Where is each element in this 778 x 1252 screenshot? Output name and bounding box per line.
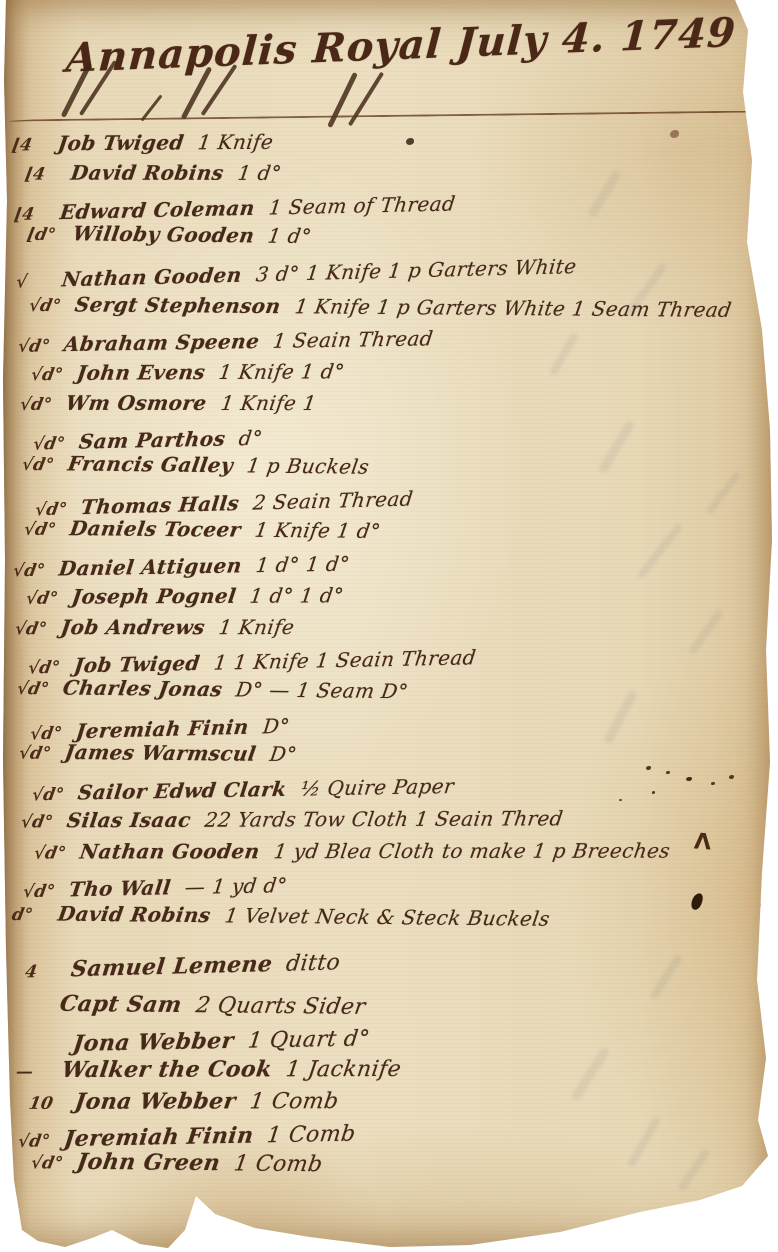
ledger-entry: √d° Charles Jonas D° — 1 Seam D° bbox=[17, 677, 752, 707]
ledger-entry: √d° Abraham Speene 1 Seain Thread bbox=[18, 323, 752, 357]
entry-items: D° bbox=[262, 716, 291, 737]
entry-name: Edward Coleman bbox=[59, 198, 256, 222]
entry-check-mark: √d° bbox=[19, 812, 68, 832]
entry-check-mark: √d° bbox=[18, 395, 68, 415]
ledger-entry: ⌊4 David Robins 1 d° bbox=[25, 163, 752, 186]
entry-check-mark: √d° bbox=[15, 679, 65, 699]
entry-items: ½ Quire Paper bbox=[299, 776, 454, 799]
entry-name: David Robins bbox=[70, 163, 225, 183]
entry-items: 2 Quarts Sider bbox=[194, 996, 366, 1018]
entry-name: Samuel Lemene bbox=[70, 954, 274, 979]
entry-items: 1 Knife bbox=[197, 132, 275, 153]
entry-name: Sailor Edwd Clark bbox=[77, 779, 288, 803]
entry-name: Nathan Gooden bbox=[61, 265, 243, 290]
ledger-entry: ⌊4 Job Twiged 1 Knife bbox=[12, 128, 752, 155]
header-underline bbox=[8, 107, 764, 121]
entry-check-mark: ⌊d° bbox=[25, 225, 75, 245]
entry-name: Nathan Gooden bbox=[79, 841, 261, 861]
entry-check-mark: √ bbox=[15, 271, 64, 292]
rust-stain bbox=[760, 900, 768, 909]
entry-name: Wm Osmore bbox=[65, 393, 208, 413]
entry-check-mark: √d° bbox=[29, 1153, 79, 1173]
entry-name: Capt Sam bbox=[59, 994, 184, 1015]
entry-name: Francis Galley bbox=[67, 453, 235, 475]
ledger-entry: √d° Francis Galley 1 p Buckels bbox=[22, 453, 752, 483]
caret-mark: Λ bbox=[693, 829, 712, 855]
entry-items: 1 d° bbox=[267, 226, 314, 246]
ledger-entry: √d° John Evens 1 Knife 1 d° bbox=[31, 359, 752, 385]
entry-items: — 1 yd d° bbox=[184, 875, 289, 897]
entry-items: 1 Comb bbox=[248, 1092, 339, 1112]
entry-name: John Green bbox=[76, 1152, 222, 1173]
entry-items: 1 Comb bbox=[233, 1154, 324, 1175]
ledger-entry: √d° Job Twiged 1 1 Knife 1 Seain Thread bbox=[28, 642, 752, 679]
ledger-entry: 4 Samuel Lemene ditto bbox=[25, 941, 752, 982]
scanned-document: Annapolis Royal July 4. 1749 ⌊4 Job Twig… bbox=[0, 0, 778, 1252]
entry-items: 1 p Buckels bbox=[246, 455, 371, 476]
ledger-entry: √d° Nathan Gooden 1 yd Blea Cloth to mak… bbox=[34, 840, 752, 863]
entry-items: 1 d° 1 d° bbox=[249, 585, 345, 605]
entry-items: 22 Yards Tow Cloth 1 Seain Thred bbox=[204, 808, 565, 829]
entry-items: 1 Knife 1 p Garters White 1 Seam Thread bbox=[293, 296, 732, 320]
ledger-entry: Capt Sam 2 Quarts Sider bbox=[14, 993, 752, 1021]
ledger-entry: √d° Thomas Halls 2 Seain Thread bbox=[35, 480, 752, 521]
ledger-entry: √d° Job Andrews 1 Knife bbox=[15, 617, 752, 639]
ledger-entry: ⌊d° Willoby Gooden 1 d° bbox=[27, 223, 752, 253]
entry-items: 1 Comb bbox=[266, 1125, 357, 1147]
entry-check-mark: √d° bbox=[22, 520, 72, 540]
entry-check-mark: — bbox=[14, 1062, 63, 1082]
entry-name: Daniels Toceer bbox=[69, 518, 243, 540]
ledger-entry: — Walker the Cook 1 Jacknife bbox=[16, 1058, 752, 1082]
entry-check-mark: ⌊4 bbox=[23, 165, 73, 185]
entry-check-mark: √d° bbox=[24, 589, 73, 609]
entry-name: Tho Wall bbox=[68, 877, 172, 899]
ledger-entry: √d° John Green 1 Comb bbox=[31, 1151, 752, 1180]
entry-name: Jona Webber bbox=[74, 1091, 237, 1111]
ledger-entry: √d° Jeremiah Finin D° bbox=[30, 704, 752, 745]
entry-name: Job Twiged bbox=[73, 653, 201, 676]
entry-name: Job Twiged bbox=[57, 132, 186, 153]
entry-check-mark: √d° bbox=[16, 336, 65, 357]
entry-check-mark bbox=[27, 1051, 73, 1052]
entry-name: Charles Jonas bbox=[62, 677, 224, 699]
paper-sheet: Annapolis Royal July 4. 1749 ⌊4 Job Twig… bbox=[0, 0, 778, 1252]
entry-name: Joseph Pognel bbox=[71, 586, 238, 607]
entry-items: 1 Knife 1 d° bbox=[253, 520, 382, 541]
entry-items: D° — 1 Seam D° bbox=[235, 679, 410, 701]
entry-items: 1 d° bbox=[236, 163, 282, 183]
entry-name: John Evens bbox=[76, 362, 207, 383]
entry-items: 1 Quart d° bbox=[246, 1029, 370, 1051]
ledger-entry: √d° Tho Wall — 1 yd d° bbox=[23, 866, 752, 902]
entry-check-mark: √d° bbox=[22, 881, 71, 902]
entry-name: Silas Isaac bbox=[66, 810, 193, 831]
entry-check-mark: 4 bbox=[24, 961, 73, 982]
entry-items: 1 yd Blea Cloth to make 1 p Breeches bbox=[272, 841, 671, 862]
entry-check-mark: √d° bbox=[17, 743, 67, 763]
entry-items: 1 d° 1 d° bbox=[255, 554, 351, 576]
entry-name: Sam Parthos bbox=[78, 429, 227, 452]
page-title: Annapolis Royal July 4. 1749 bbox=[65, 13, 628, 82]
entry-items: ditto bbox=[285, 953, 341, 974]
entry-name: Walker the Cook bbox=[61, 1059, 274, 1080]
entry-name: Jona Webber bbox=[72, 1031, 235, 1054]
entry-check-mark: √d° bbox=[13, 619, 63, 639]
entry-items: 1 Seain Thread bbox=[272, 328, 435, 351]
entry-name: Daniel Attiguen bbox=[58, 555, 243, 578]
ledger-entry: √d° Sam Parthos d° bbox=[33, 417, 752, 454]
entry-name: Jeremiah Finin bbox=[63, 1125, 255, 1149]
entry-check-mark: 10 bbox=[27, 1094, 76, 1114]
ledger-entry: √d° Silas Isaac 22 Yards Tow Cloth 1 Sea… bbox=[21, 808, 752, 833]
entry-check-mark: √d° bbox=[27, 296, 77, 316]
entry-items: 1 Knife bbox=[218, 617, 296, 637]
ink-spatter bbox=[619, 799, 622, 801]
ledger-entry: ⌊4 Edward Coleman 1 Seam of Thread bbox=[14, 187, 752, 225]
entry-check-mark: d° bbox=[10, 905, 60, 925]
entry-name: James Warmscul bbox=[64, 742, 258, 764]
entry-items: 1 1 Knife 1 Seain Thread bbox=[213, 647, 477, 672]
ledger-entry: √d° Daniels Toceer 1 Knife 1 d° bbox=[24, 518, 752, 547]
entry-check-mark: √d° bbox=[29, 365, 78, 385]
entry-name: Abraham Speene bbox=[63, 331, 261, 354]
entry-items: 1 Knife 1 bbox=[219, 393, 317, 413]
ledger-entry: Jona Webber 1 Quart d° bbox=[27, 1021, 752, 1055]
entry-check-mark: √d° bbox=[32, 843, 81, 863]
ledger-entry: d° David Robins 1 Velvet Neck & Steck Bu… bbox=[12, 903, 752, 933]
entry-check-mark: √d° bbox=[20, 455, 70, 475]
entry-check-mark: √d° bbox=[17, 1131, 66, 1152]
entry-items: 1 Velvet Neck & Steck Buckels bbox=[223, 905, 551, 928]
ledger-entry: √d° Wm Osmore 1 Knife 1 bbox=[20, 393, 752, 415]
ledger-entry: √d° James Warmscul D° bbox=[19, 741, 752, 770]
ledger-entry: √d° Joseph Pognel 1 d° 1 d° bbox=[26, 583, 752, 609]
entry-check-mark: ⌊4 bbox=[10, 135, 59, 155]
entry-name: Job Andrews bbox=[60, 617, 207, 637]
entry-name: Jeremiah Finin bbox=[75, 717, 250, 742]
ledger-entry: 10 Jona Webber 1 Comb bbox=[29, 1090, 752, 1114]
entry-items: d° bbox=[238, 428, 264, 449]
entry-items: 1 Seam of Thread bbox=[268, 193, 457, 217]
entry-items: 2 Seain Thread bbox=[252, 488, 414, 512]
entry-items: D° bbox=[269, 744, 299, 764]
ledger-entry: √d° Sailor Edwd Clark ½ Quire Paper bbox=[32, 771, 752, 806]
entry-items: 1 Knife 1 d° bbox=[218, 361, 346, 382]
entry-name: Willoby Gooden bbox=[72, 223, 256, 245]
ledger-entry: √ Nathan Gooden 3 d° 1 Knife 1 p Garters… bbox=[16, 251, 752, 292]
entry-items: 3 d° 1 Knife 1 p Garters White bbox=[255, 256, 578, 284]
entry-name: Sergt Stephenson bbox=[74, 294, 283, 316]
entry-check-mark: √d° bbox=[30, 785, 79, 806]
entry-items: 1 Jacknife bbox=[284, 1060, 402, 1080]
entry-name: Thomas Halls bbox=[80, 493, 240, 517]
entry-check-mark: √d° bbox=[11, 560, 60, 581]
entry-name: David Robins bbox=[57, 904, 213, 926]
